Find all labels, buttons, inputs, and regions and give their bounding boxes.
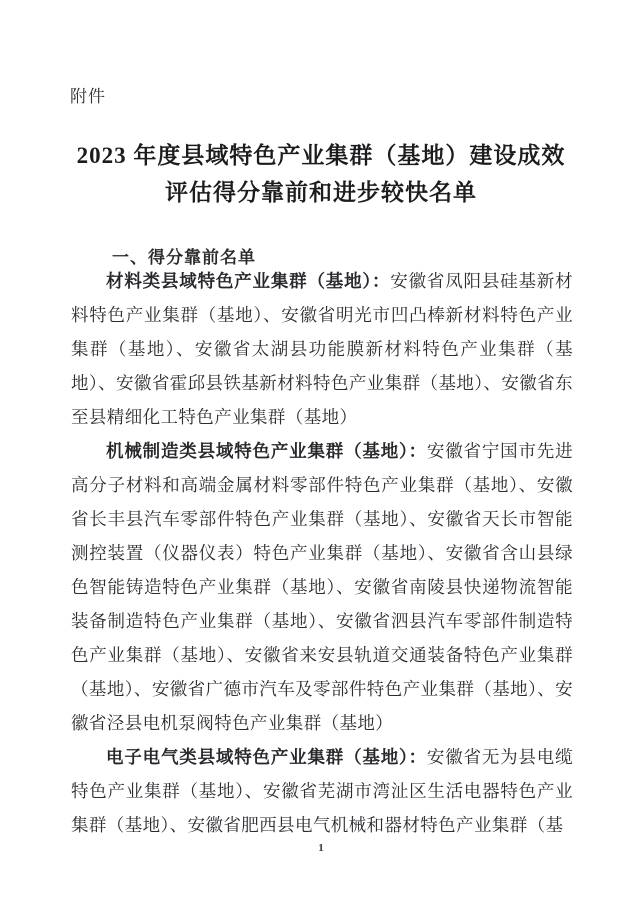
document-title-line2: 评估得分靠前和进步较快名单 bbox=[165, 180, 477, 205]
category-label: 机械制造类县域特色产业集群（基地）： bbox=[106, 441, 427, 461]
document-title: 2023 年度县域特色产业集群（基地）建设成效 评估得分靠前和进步较快名单 bbox=[0, 137, 642, 211]
document-page: 附件 2023 年度县域特色产业集群（基地）建设成效 评估得分靠前和进步较快名单… bbox=[0, 0, 642, 910]
category-label: 材料类县域特色产业集群（基地）： bbox=[106, 271, 390, 291]
body-paragraphs: 材料类县域特色产业集群（基地）：安徽省凤阳县硅基新材料特色产业集群（基地）、安徽… bbox=[71, 264, 573, 842]
attachment-label: 附件 bbox=[70, 82, 106, 107]
paragraph: 材料类县域特色产业集群（基地）：安徽省凤阳县硅基新材料特色产业集群（基地）、安徽… bbox=[71, 264, 573, 434]
paragraph-text: 安徽省凤阳县硅基新材料特色产业集群（基地）、安徽省明光市凹凸棒新材料特色产业集群… bbox=[71, 271, 573, 427]
paragraph-text: 安徽省宁国市先进高分子材料和高端金属材料零部件特色产业集群（基地）、安徽省长丰县… bbox=[71, 441, 573, 733]
page-number: 1 bbox=[0, 842, 642, 854]
category-label: 电子电气类县域特色产业集群（基地）： bbox=[106, 747, 427, 767]
paragraph: 电子电气类县域特色产业集群（基地）：安徽省无为县电缆特色产业集群（基地）、安徽省… bbox=[71, 740, 573, 842]
paragraph: 机械制造类县域特色产业集群（基地）：安徽省宁国市先进高分子材料和高端金属材料零部… bbox=[71, 434, 573, 740]
document-title-line1: 2023 年度县域特色产业集群（基地）建设成效 bbox=[77, 143, 566, 168]
